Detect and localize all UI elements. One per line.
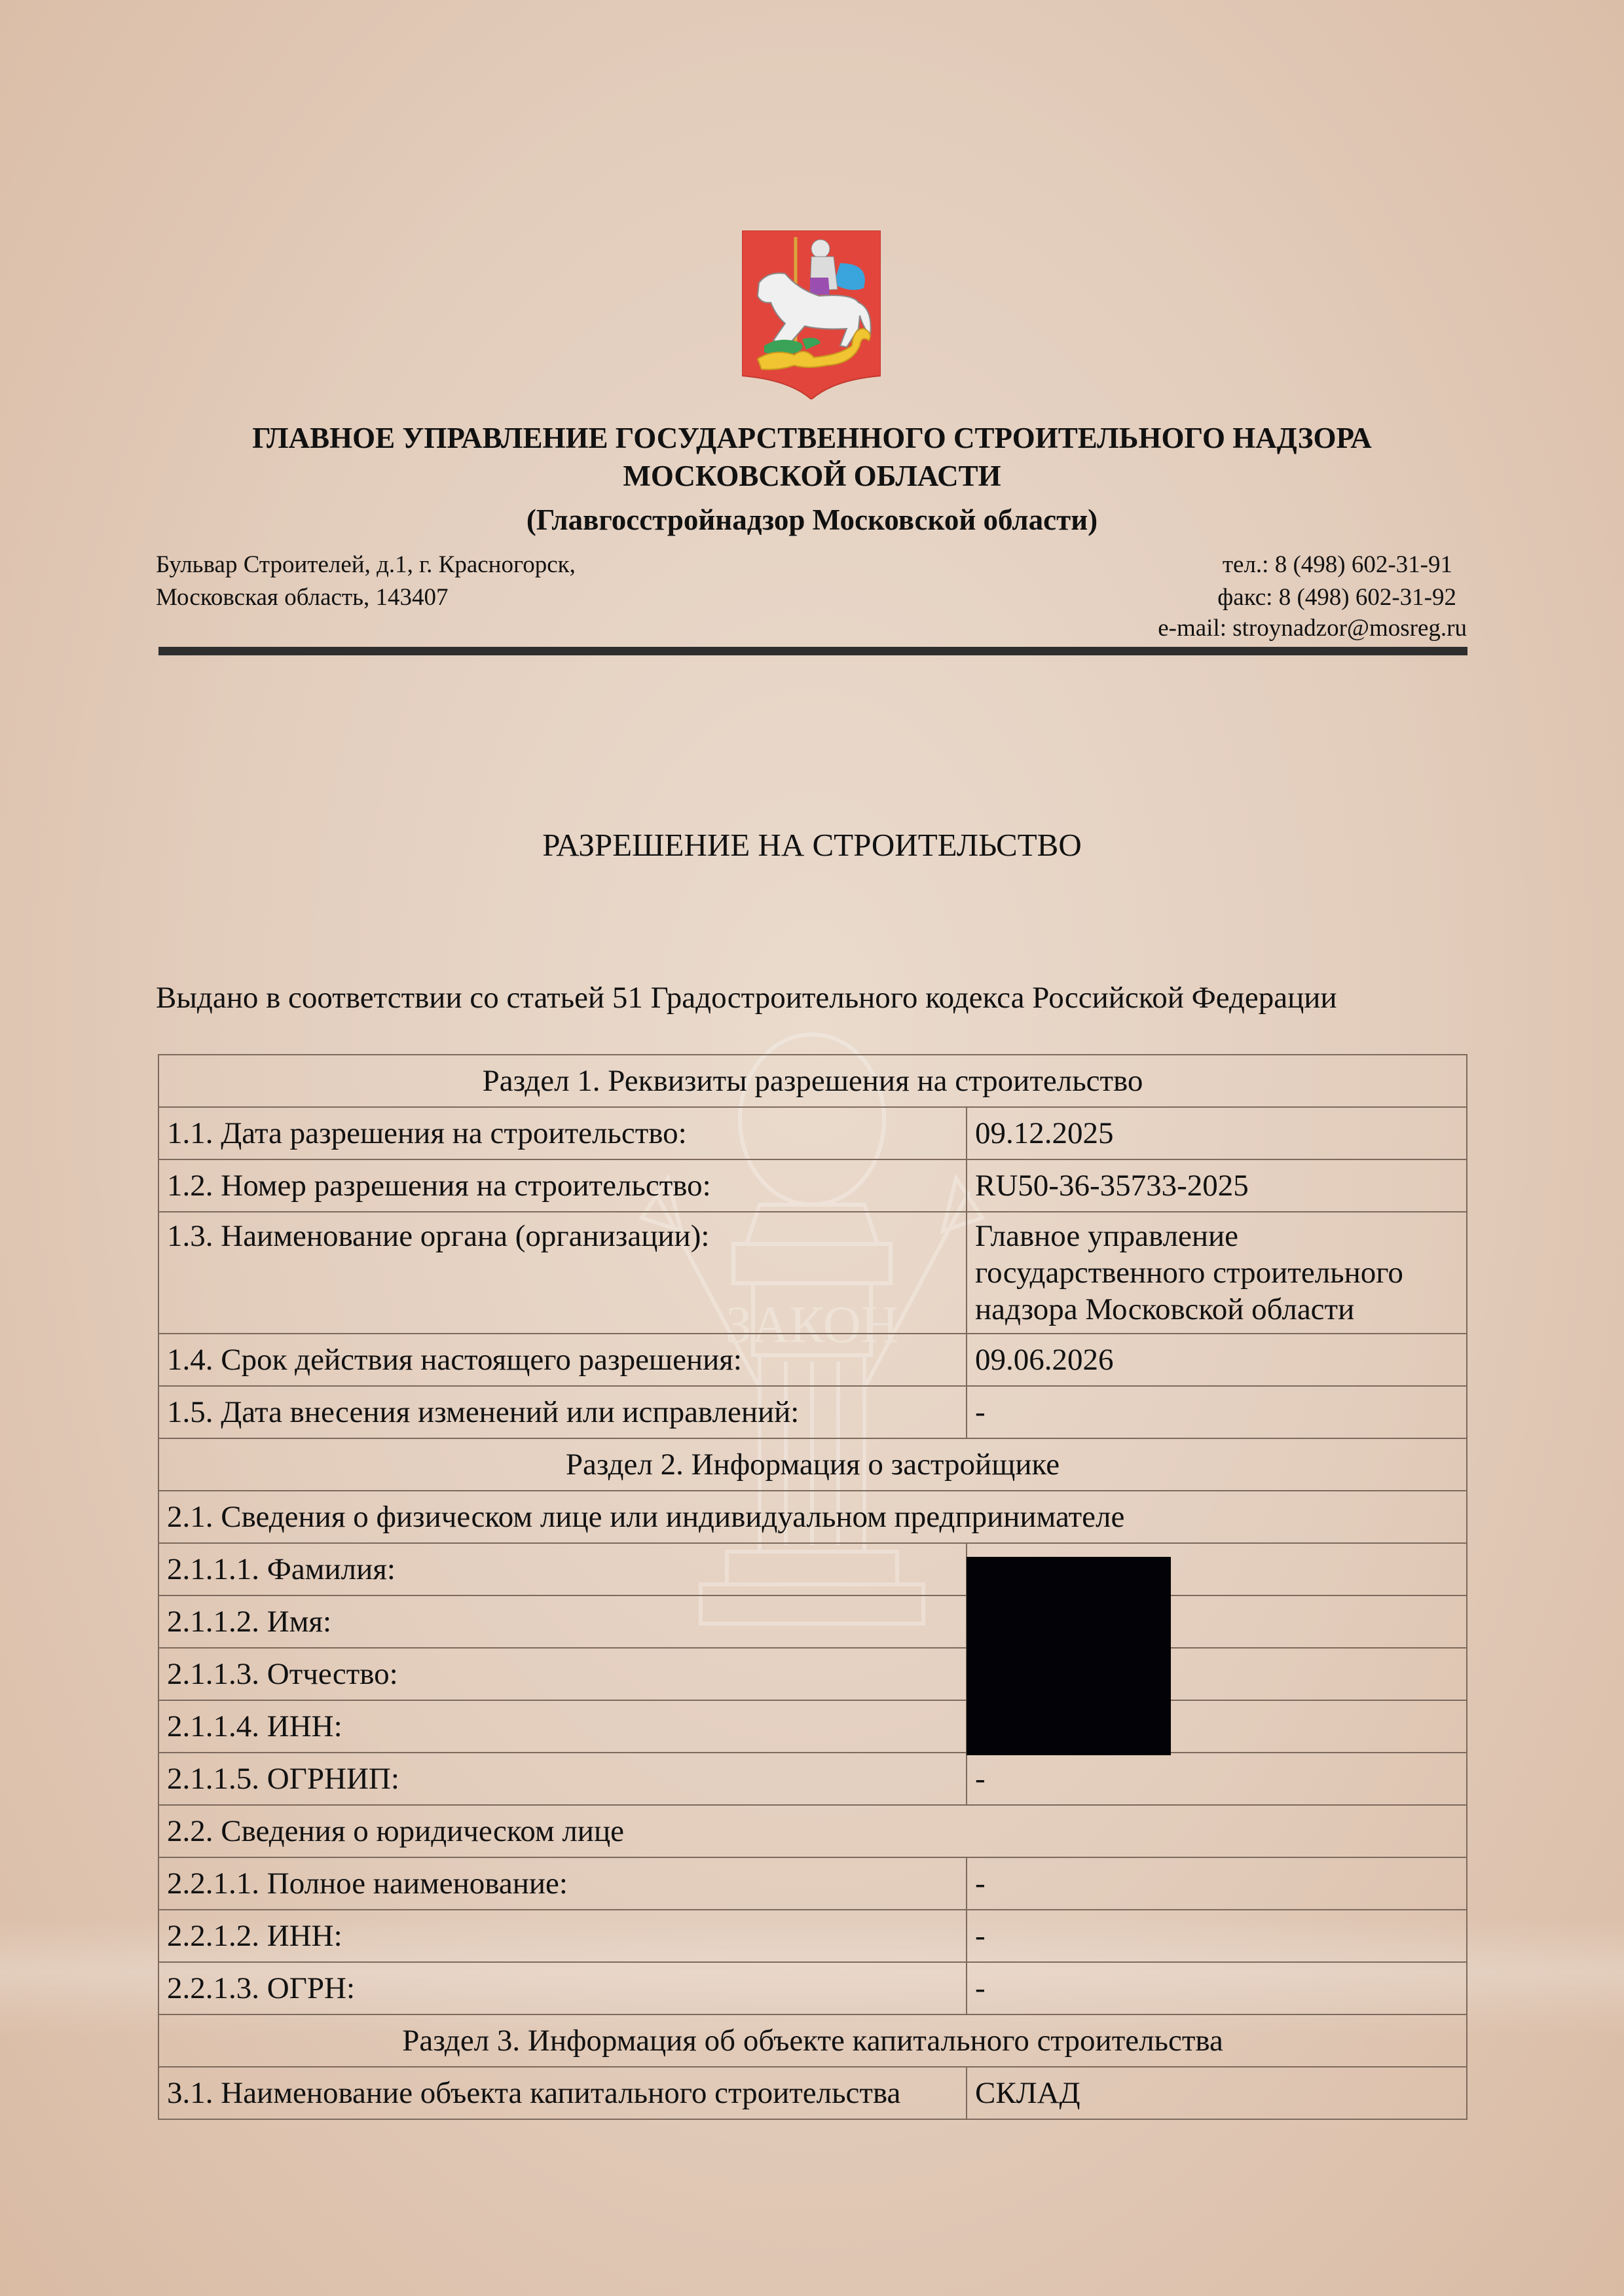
table-row: 2.1.1.5. ОГРНИП:- [158, 1753, 1467, 1805]
row-value: СКЛАД [967, 2067, 1467, 2119]
table-row: 1.3. Наименование органа (организации):Г… [158, 1212, 1467, 1334]
address-line2: Московская область, 143407 [156, 581, 448, 614]
redaction-box [967, 1557, 1171, 1755]
table-row: 1.2. Номер разрешения на строительство:R… [158, 1159, 1467, 1212]
row-label: 1.4. Срок действия настоящего разрешения… [158, 1334, 967, 1386]
row-label: 1.5. Дата внесения изменений или исправл… [158, 1386, 967, 1438]
subsection-row: 2.1. Сведения о физическом лице или инди… [158, 1491, 1467, 1543]
phone: тел.: 8 (498) 602-31-91 [1223, 549, 1452, 581]
row-label: 3.1. Наименование объекта капитального с… [158, 2067, 967, 2119]
row-value: 09.12.2025 [967, 1107, 1467, 1159]
row-value: - [967, 1910, 1467, 1962]
table-row: 1.4. Срок действия настоящего разрешения… [158, 1334, 1467, 1386]
table-row: 2.1.1.3. Отчество: [158, 1648, 1467, 1700]
row-label: 1.3. Наименование органа (организации): [158, 1212, 967, 1334]
address-line1: Бульвар Строителей, д.1, г. Красногорск, [156, 549, 576, 581]
table-row: 2.1.1.4. ИНН: [158, 1700, 1467, 1753]
row-value: - [967, 1753, 1467, 1805]
row-value: - [967, 1962, 1467, 2014]
fax: факс: 8 (498) 602-31-92 [1217, 581, 1456, 614]
row-value: 09.06.2026 [967, 1334, 1467, 1386]
header-divider [158, 647, 1467, 655]
subsection-row: 2.2. Сведения о юридическом лице [158, 1805, 1467, 1857]
table-row: 2.1.1.2. Имя: [158, 1595, 1467, 1648]
issued-basis: Выдано в соответствии со статьей 51 Град… [156, 980, 1337, 1015]
table-row: 2.2.1.1. Полное наименование:- [158, 1857, 1467, 1910]
email-link[interactable]: e-mail: stroynadzor@mosreg.ru [1158, 612, 1467, 645]
section-3-title: Раздел 3. Информация об объекте капиталь… [158, 2014, 1467, 2067]
row-label: 2.1.1.3. Отчество: [158, 1648, 967, 1700]
table-row: 2.1.1.1. Фамилия: [158, 1543, 1467, 1595]
subsection-2-2-title: 2.2. Сведения о юридическом лице [158, 1805, 1467, 1857]
org-title-line2: МОСКОВСКОЙ ОБЛАСТИ [0, 457, 1624, 495]
table-row: 2.2.1.3. ОГРН:- [158, 1962, 1467, 2014]
row-label: 2.2.1.1. Полное наименование: [158, 1857, 967, 1910]
section-header-row: Раздел 3. Информация об объекте капиталь… [158, 2014, 1467, 2067]
org-title-line1: ГЛАВНОЕ УПРАВЛЕНИЕ ГОСУДАРСТВЕННОГО СТРО… [0, 419, 1624, 457]
row-label: 2.1.1.2. Имя: [158, 1595, 967, 1648]
table-row: 2.2.1.2. ИНН:- [158, 1910, 1467, 1962]
section-1-title: Раздел 1. Реквизиты разрешения на строит… [158, 1055, 1467, 1107]
row-label: 2.2.1.3. ОГРН: [158, 1962, 967, 2014]
table-row: 1.5. Дата внесения изменений или исправл… [158, 1386, 1467, 1438]
row-label: 2.1.1.4. ИНН: [158, 1700, 967, 1753]
document-title: РАЗРЕШЕНИЕ НА СТРОИТЕЛЬСТВО [0, 826, 1624, 864]
row-label: 1.1. Дата разрешения на строительство: [158, 1107, 967, 1159]
permit-table: Раздел 1. Реквизиты разрешения на строит… [158, 1054, 1467, 2120]
org-short-name: (Главгосстройнадзор Московской области) [0, 503, 1624, 537]
row-value: RU50-36-35733-2025 [967, 1159, 1467, 1212]
table-row: 1.1. Дата разрешения на строительство:09… [158, 1107, 1467, 1159]
row-value: Главное управление государственного стро… [967, 1212, 1467, 1334]
row-label: 2.2.1.2. ИНН: [158, 1910, 967, 1962]
coat-of-arms-icon [742, 230, 881, 399]
row-label: 2.1.1.1. Фамилия: [158, 1543, 967, 1595]
section-header-row: Раздел 2. Информация о застройщике [158, 1438, 1467, 1491]
row-label: 2.1.1.5. ОГРНИП: [158, 1753, 967, 1805]
row-value: - [967, 1857, 1467, 1910]
row-value: - [967, 1386, 1467, 1438]
subsection-2-1-title: 2.1. Сведения о физическом лице или инди… [158, 1491, 1467, 1543]
section-header-row: Раздел 1. Реквизиты разрешения на строит… [158, 1055, 1467, 1107]
table-row: 3.1. Наименование объекта капитального с… [158, 2067, 1467, 2119]
section-2-title: Раздел 2. Информация о застройщике [158, 1438, 1467, 1491]
row-label: 1.2. Номер разрешения на строительство: [158, 1159, 967, 1212]
